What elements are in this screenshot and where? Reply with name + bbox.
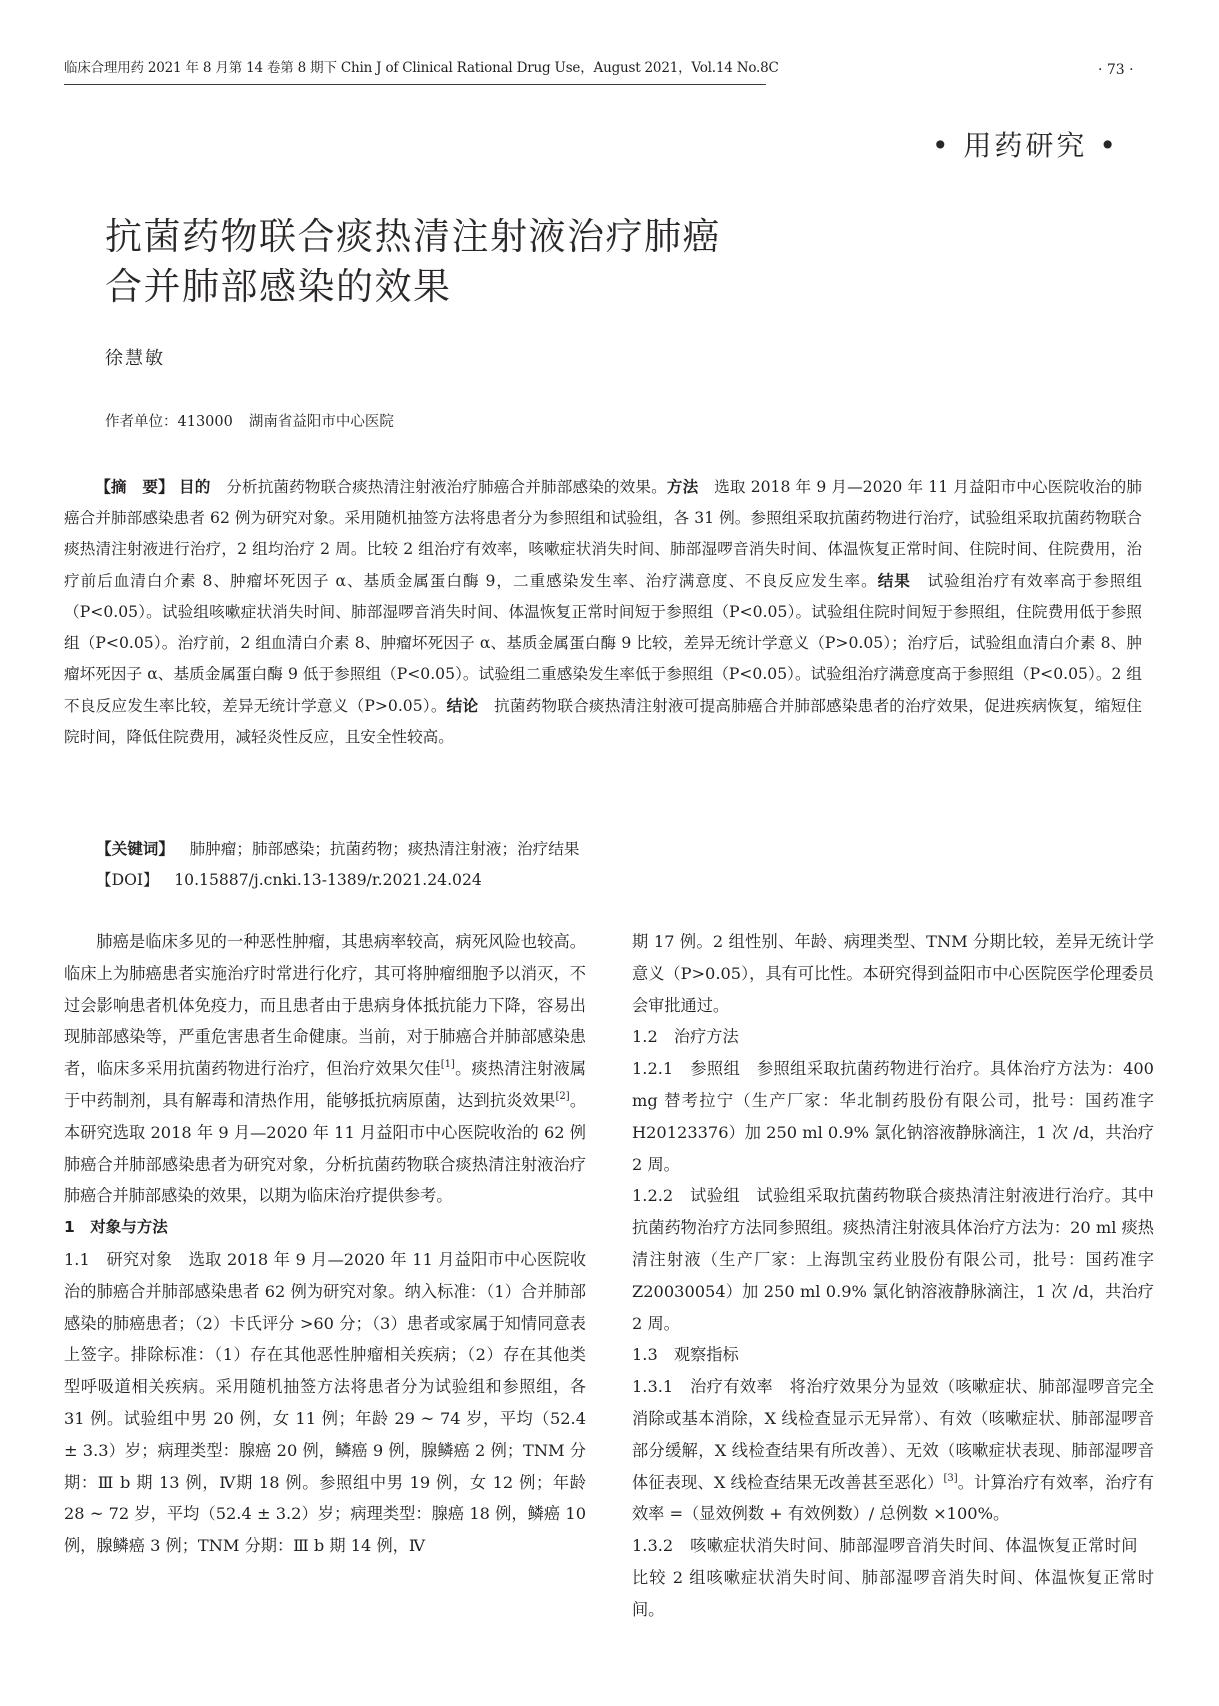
section-1-1-text: 选取 2018 年 9 月—2020 年 11 月益阳市中心医院收治的肺癌合并肺…	[64, 1250, 586, 1555]
conclusion-label: 结论	[447, 696, 479, 715]
section-1-1: 1.1 研究对象 选取 2018 年 9 月—2020 年 11 月益阳市中心医…	[64, 1244, 586, 1562]
keywords: 【关键词】 肺肿瘤；肺部感染；抗菌药物；痰热清注射液；治疗结果	[96, 835, 1136, 863]
body-column-right: 期 17 例。2 组性别、年龄、病理类型、TNM 分期比较，差异无统计学意义（P…	[632, 926, 1154, 1626]
affiliation: 作者单位：413000湖南省益阳市中心医院	[105, 410, 394, 431]
citation-1[interactable]: [1]	[441, 1059, 455, 1070]
section-1-1-heading: 1.1 研究对象	[64, 1250, 172, 1269]
keywords-text: 肺肿瘤；肺部感染；抗菌药物；痰热清注射液；治疗结果	[190, 840, 580, 858]
section-1-3-heading: 1.3 观察指标	[632, 1339, 1154, 1371]
affiliation-label: 作者单位：413000	[105, 414, 233, 430]
section-1-heading: 1 对象与方法	[64, 1212, 586, 1244]
section-1-2-1-heading: 1.2.1 参照组	[632, 1059, 740, 1078]
section-1-2-2-heading: 1.2.2 试验组	[632, 1186, 740, 1205]
section-1-3-2: 1.3.2 咳嗽症状消失时间、肺部湿啰音消失时间、体温恢复正常时间 比较 2 组…	[632, 1530, 1154, 1625]
citation-2[interactable]: [2]	[555, 1091, 569, 1102]
abstract: 【摘 要】 目的 分析抗菌药物联合痰热清注射液治疗肺癌合并肺部感染的效果。方法 …	[64, 471, 1142, 753]
body-column-left: 肺癌是临床多见的一种恶性肿瘤，其患病率较高，病死风险也较高。临床上为肺癌患者实施…	[64, 926, 586, 1562]
doi-label: 【DOI】	[96, 871, 159, 889]
doi: 【DOI】 10.15887/j.cnki.13-1389/r.2021.24.…	[96, 866, 1136, 894]
section-1-2-1: 1.2.1 参照组 参照组采取抗菌药物进行治疗。具体治疗方法为：400 mg 替…	[632, 1053, 1154, 1180]
methods-label: 方法	[667, 477, 698, 496]
section-1-3-2-text: 比较 2 组咳嗽症状消失时间、肺部湿啰音消失时间、体温恢复正常时间。	[632, 1568, 1154, 1619]
article-title: 抗菌药物联合痰热清注射液治疗肺癌 合并肺部感染的效果	[105, 212, 865, 312]
section-1-3-1-heading: 1.3.1 治疗有效率	[632, 1377, 773, 1396]
results-text: 试验组治疗有效率高于参照组（P<0.05）。试验组咳嗽症状消失时间、肺部湿啰音消…	[64, 572, 1142, 715]
page-number: · 73 ·	[1098, 62, 1134, 78]
abstract-label: 【摘 要】	[95, 477, 174, 496]
author: 徐慧敏	[105, 344, 165, 370]
objective-text: 分析抗菌药物联合痰热清注射液治疗肺癌合并肺部感染的效果。	[226, 478, 667, 496]
objective-label: 目的	[179, 477, 210, 496]
intro-paragraph: 肺癌是临床多见的一种恶性肿瘤，其患病率较高，病死风险也较高。临床上为肺癌患者实施…	[64, 926, 586, 1212]
doi-text: 10.15887/j.cnki.13-1389/r.2021.24.024	[174, 871, 482, 889]
results-label: 结果	[878, 571, 911, 590]
title-line-2: 合并肺部感染的效果	[105, 265, 452, 308]
column-tag: • 用药研究 •	[932, 124, 1119, 164]
title-line-1: 抗菌药物联合痰热清注射液治疗肺癌	[105, 215, 721, 258]
section-1-2-2: 1.2.2 试验组 试验组采取抗菌药物联合痰热清注射液进行治疗。其中抗菌药物治疗…	[632, 1180, 1154, 1339]
keywords-label: 【关键词】	[96, 839, 174, 858]
section-1-2-heading: 1.2 治疗方法	[632, 1021, 1154, 1053]
section-1-3-1: 1.3.1 治疗有效率 将治疗效果分为显效（咳嗽症状、肺部湿啰音完全消除或基本消…	[632, 1371, 1154, 1530]
citation-3[interactable]: [3]	[943, 1473, 957, 1484]
section-1-1-continued: 期 17 例。2 组性别、年龄、病理类型、TNM 分期比较，差异无统计学意义（P…	[632, 926, 1154, 1021]
intro-text-a: 肺癌是临床多见的一种恶性肿瘤，其患病率较高，病死风险也较高。临床上为肺癌患者实施…	[64, 932, 586, 1078]
affiliation-org: 湖南省益阳市中心医院	[249, 414, 394, 430]
running-header: 临床合理用药 2021 年 8 月第 14 卷第 8 期下 Chin J of …	[64, 58, 766, 85]
section-1-2-2-text: 试验组采取抗菌药物联合痰热清注射液进行治疗。其中抗菌药物治疗方法同参照组。痰热清…	[632, 1186, 1154, 1332]
section-1-3-2-heading: 1.3.2 咳嗽症状消失时间、肺部湿啰音消失时间、体温恢复正常时间	[632, 1536, 1138, 1555]
